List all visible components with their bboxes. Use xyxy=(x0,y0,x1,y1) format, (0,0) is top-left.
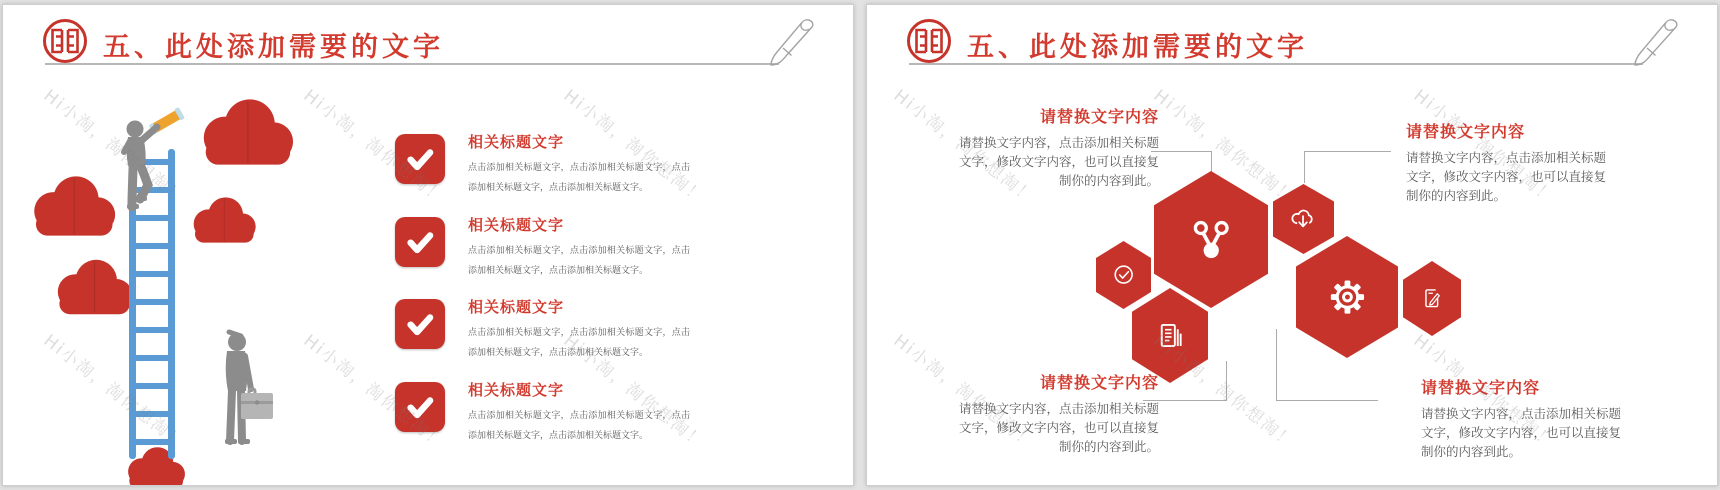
checkbox-icon xyxy=(395,299,445,349)
edit-icon xyxy=(1419,281,1446,316)
checkbox-icon xyxy=(395,217,445,267)
checklist-item: 相关标题文字 点击添加相关标题文字，点击添加相关标题文字，点击添加相关标题文字，… xyxy=(395,379,695,446)
checklist-item: 相关标题文字 点击添加相关标题文字，点击添加相关标题文字，点击添加相关标题文字，… xyxy=(395,131,695,198)
red-cloud xyxy=(186,196,260,244)
check-icon xyxy=(411,318,430,332)
checkbox-icon xyxy=(395,134,445,184)
climber-with-telescope-silhouette xyxy=(105,105,193,237)
briefcase-icon xyxy=(241,389,273,419)
text-block-bottom-right: 请替换文字内容 请替换文字内容，点击添加相关标题文字，修改文字内容，也可以直接复… xyxy=(1421,375,1627,461)
text-block-top-right: 请替换文字内容 请替换文字内容，点击添加相关标题文字，修改文字内容，也可以直接复… xyxy=(1406,119,1612,205)
red-cloud xyxy=(29,173,116,239)
slide-left: 五、此处添加需要的文字 xyxy=(2,4,854,486)
bank-emblem-logo-icon xyxy=(905,17,953,65)
hexagon-share xyxy=(1154,171,1268,308)
hexagon-edit xyxy=(1403,261,1461,336)
checklist-item: 相关标题文字 点击添加相关标题文字，点击添加相关标题文字，点击添加相关标题文字，… xyxy=(395,296,695,363)
checklist-item-title: 相关标题文字 xyxy=(468,131,690,152)
share-icon xyxy=(1185,208,1237,271)
red-cloud xyxy=(198,96,294,168)
checklist-item-body: 点击添加相关标题文字，点击添加相关标题文字，点击添加相关标题文字，点击添加相关标… xyxy=(468,158,690,198)
checklist-item-body: 点击添加相关标题文字，点击添加相关标题文字，点击添加相关标题文字，点击添加相关标… xyxy=(468,323,690,363)
text-block-top-left: 请替换文字内容 请替换文字内容，点击添加相关标题文字，修改文字内容，也可以直接复… xyxy=(953,104,1159,190)
businessman-with-briefcase-silhouette xyxy=(201,329,275,457)
hexagon-check xyxy=(1096,241,1151,309)
text-block-bottom-left: 请替换文字内容 请替换文字内容，点击添加相关标题文字，修改文字内容，也可以直接复… xyxy=(953,370,1159,456)
slide-title: 五、此处添加需要的文字 xyxy=(967,25,1308,64)
block-title: 请替换文字内容 xyxy=(1421,375,1627,398)
red-cloud xyxy=(53,256,133,318)
block-body: 请替换文字内容，点击添加相关标题文字，修改文字内容，也可以直接复制你的内容到此。 xyxy=(953,133,1159,190)
block-title: 请替换文字内容 xyxy=(953,104,1159,127)
check-circle-icon xyxy=(1111,259,1136,290)
connector-line xyxy=(1304,151,1391,183)
gear-icon xyxy=(1324,269,1371,325)
title-underline xyxy=(45,63,779,65)
title-underline xyxy=(909,63,1643,65)
checklist-item-title: 相关标题文字 xyxy=(468,379,690,400)
check-icon xyxy=(411,236,430,250)
slide-right: 五、此处添加需要的文字 xyxy=(866,4,1718,486)
block-body: 请替换文字内容，点击添加相关标题文字，修改文字内容，也可以直接复制你的内容到此。 xyxy=(953,399,1159,456)
checklist-item-title: 相关标题文字 xyxy=(468,296,690,317)
block-title: 请替换文字内容 xyxy=(1406,119,1612,142)
check-icon xyxy=(411,153,430,167)
checkbox-icon xyxy=(395,382,445,432)
checklist-item-body: 点击添加相关标题文字，点击添加相关标题文字，点击添加相关标题文字，点击添加相关标… xyxy=(468,241,690,281)
slides-preview-canvas: 五、此处添加需要的文字 xyxy=(0,0,1720,490)
checklist-item-body: 点击添加相关标题文字，点击添加相关标题文字，点击添加相关标题文字，点击添加相关标… xyxy=(468,406,690,446)
cloud-download-icon xyxy=(1289,203,1317,235)
block-body: 请替换文字内容，点击添加相关标题文字，修改文字内容，也可以直接复制你的内容到此。 xyxy=(1421,404,1627,461)
block-body: 请替换文字内容，点击添加相关标题文字，修改文字内容，也可以直接复制你的内容到此。 xyxy=(1406,148,1612,205)
block-title: 请替换文字内容 xyxy=(953,370,1159,393)
pen-icon xyxy=(1631,18,1687,68)
hexagon-cloud-download xyxy=(1273,184,1334,254)
bank-emblem-logo-icon xyxy=(41,17,89,65)
pen-icon xyxy=(767,18,823,68)
connector-line xyxy=(1151,151,1212,173)
news-icon xyxy=(1153,314,1188,358)
checklist-item: 相关标题文字 点击添加相关标题文字，点击添加相关标题文字，点击添加相关标题文字，… xyxy=(395,214,695,281)
checklist-item-title: 相关标题文字 xyxy=(468,214,690,235)
check-icon xyxy=(411,401,430,415)
slide-title: 五、此处添加需要的文字 xyxy=(103,25,444,64)
